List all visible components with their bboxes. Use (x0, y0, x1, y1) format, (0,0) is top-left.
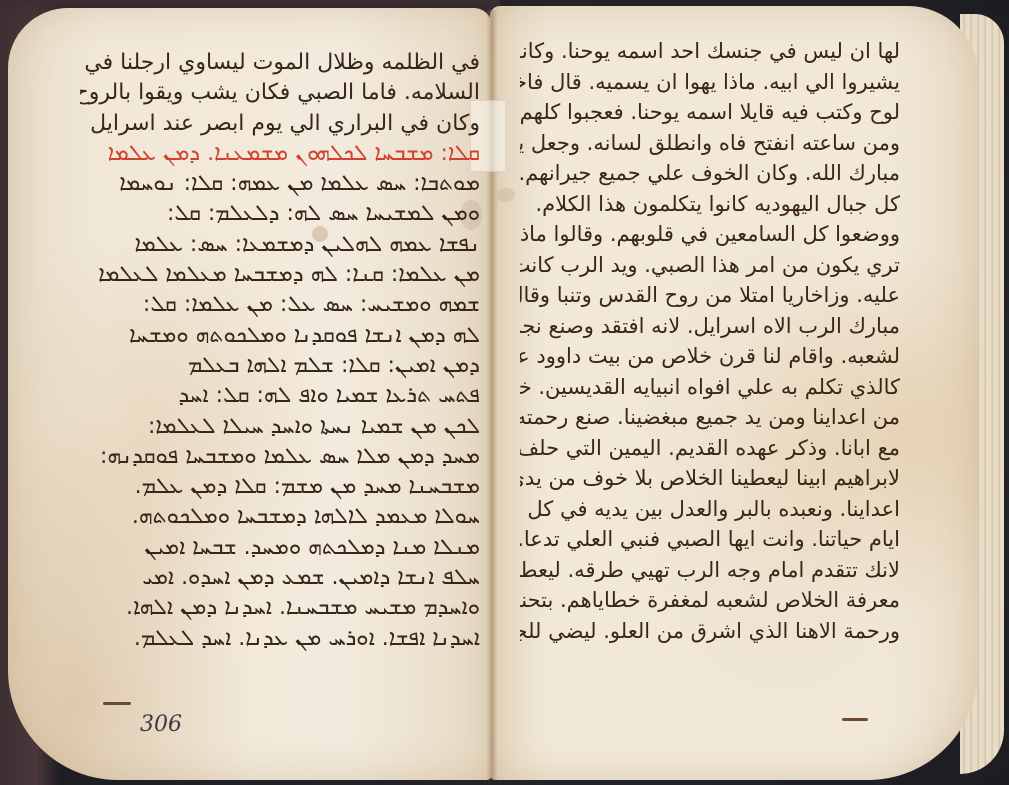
text-line: ܢܦܫܐ ܥܡܗ ܠܗܠܝܢ ܕܡܫܡܥܐ: ܚܣ: ܥܠܡܐ (80, 230, 480, 260)
text-line: عليه. وزاخاريا امتلا من روح القدس وتنبا … (520, 280, 900, 311)
text-line: ܐܚܕܢܐ ܐܦܫܐ. ܐܘܪܚ ܡܢ ܥܕܢܐ. ܐܚܕ ܠܥܠܡ. (80, 624, 480, 654)
text-line: السلامه. فاما الصبي فكان يشب ويقوا بالرو… (80, 78, 480, 108)
left-page-text: في الظلمه وظلال الموت ليساوي ارجلنا في ط… (80, 48, 480, 654)
text-line: لانك تتقدم امام وجه الرب تهيي طرقه. ليعط… (520, 555, 900, 586)
text-line: لوح وكتب فيه قايلا اسمه يوحنا. فعجبوا كل… (520, 97, 900, 128)
text-line: ܘܡܢ ܠܡܫܝܚܐ ܚܣ ܠܗ: ܕܠܥܠܡ: ܩܠ: (80, 199, 480, 229)
text-line: يشيروا الي ابيه. ماذا يهوا ان يسميه. قال… (520, 67, 900, 98)
right-page-text: لها ان ليس في جنسك احد اسمه يوحنا. وكانو… (520, 36, 900, 646)
folio-number: 306 (140, 712, 182, 737)
text-line: كل جبال اليهوديه كانوا يتكلمون هذا الكلا… (520, 189, 900, 220)
text-line: معرفة الخلاص لشعبه لمغفرة خطاياهم. بتحنن (520, 585, 900, 616)
text-line: ووضعوا كل السامعين في قلوبهم. وقالوا ماذ… (520, 219, 900, 250)
text-line: لشعبه. واقام لنا قرن خلاص من بيت داوود ع… (520, 341, 900, 372)
text-line: ܕܡܢ ܐܡܝܢ: ܩܠܐ: ܫܠܡ ܐܠܗܐ ܒܥܠܡ (80, 351, 480, 381)
text-line: في الظلمه وظلال الموت ليساوي ارجلنا في ط… (80, 48, 480, 78)
text-line: اعداينا. ونعبده بالبر والعدل بين يديه في… (520, 494, 900, 525)
text-line: ܡܢܠܐ ܡܢܐ ܕܡܠܟܬܗ ܘܡܚܕ. ܫܒܚܐ ܐܡܝܢ (80, 533, 480, 563)
text-line: ومن ساعته انفتح فاه وانطلق لسانه. وجعل ي… (520, 128, 900, 159)
text-line: ايام حياتنا. وانت ايها الصبي فنبي العلي … (520, 524, 900, 555)
text-line: ܫܡܗ ܘܡܫܝܚ: ܚܣ ܥܠ: ܡܢ ܥܠܡܐ: ܩܠ: (80, 290, 480, 320)
text-line: ܡܫܒܚܢܐ ܡܚܕ ܡܢ ܡܫܡ: ܩܠܐ ܕܡܢ ܥܠܡ. (80, 472, 480, 502)
text-line: تري يكون من امر هذا الصبي. ويد الرب كانت (520, 250, 900, 281)
text-line: من اعداينا ومن يد جميع مبغضينا. صنع رحمت… (520, 402, 900, 433)
text-line: ܠܟܢ ܡܢ ܫܡܝܐ ܢܚܬܐ ܘܐܚܕ ܚܝܠܐ ܠܥܠܡܐ: (80, 412, 480, 442)
text-line: ܘܐܚܕܡ ܡܫܝܚ ܡܫܒܚܢܐ. ܐܚܕܢܐ ܕܡܢ ܐܠܗܐ. (80, 593, 480, 623)
text-line: مع ابانا. وذكر عهده القديم. اليمين التي … (520, 433, 900, 464)
ink-stain (497, 188, 515, 202)
text-line: ورحمة الاهنا الذي اشرق من العلو. ليضي لل… (520, 616, 900, 647)
text-line: ܠܗ ܕܡܢ ܐܢܫܐ ܦܘܩܕܢܐ ܘܡܠܟܘܬܗ ܘܡܫܚܐ (80, 321, 480, 351)
text-line: ܡܚܕ ܕܡܢ ܡܠܐ ܚܣ ܥܠܡܐ ܘܡܫܒܚܐ ܦܘܩܕܢܗ: (80, 442, 480, 472)
pen-mark (842, 718, 868, 721)
text-line: وكان في البراري الي يوم ابصر عند اسرايل (80, 109, 480, 139)
text-line: ܡܢ ܥܠܡܐ: ܩܢܐ: ܠܗ ܕܡܫܒܚܐ ܡܥܠܡܐ ܠܥܠܡܐ (80, 260, 480, 290)
text-line: لابراهيم ابينا ليعطينا الخلاص بلا خوف من… (520, 463, 900, 494)
text-line: ܦܬܚ ܬܪܥܐ ܫܡܝܐ ܘܐܦ ܠܗ: ܩܠ: ܐܚܕ (80, 381, 480, 411)
text-line: ܚܠܦ ܐܢܫܐ ܕܐܡܝܢ. ܫܡܥ ܕܡܢ ܐܚܕܘ. ܐܡܝ (80, 563, 480, 593)
text-line: ܡܘܬܒܐ: ܚܣ ܥܠܡܐ ܡܢ ܥܡܗ: ܩܠܐ: ܢܘܚܡܐ (80, 169, 480, 199)
text-line: كالذي تكلم به علي افواه انبيايه القديسين… (520, 372, 900, 403)
pen-mark (103, 702, 131, 705)
text-line: ܚܘܠܐ ܡܥܡܕ ܠܐܠܗܐ ܕܡܫܒܚܐ ܘܡܠܟܘܬܗ. (80, 502, 480, 532)
text-line: مبارك الرب الاه اسرايل. لانه افتقد وصنع … (520, 311, 900, 342)
text-line: لها ان ليس في جنسك احد اسمه يوحنا. وكانو… (520, 36, 900, 67)
text-line: مبارك الله. وكان الخوف علي جميع جيرانهم.… (520, 158, 900, 189)
rubric-line: ܩܠܐ: ܡܫܒܚܐ ܠܟܠܗܘܢ ܡܫܡܥܢܐ. ܕܡܢ ܥܠܡܐ (80, 139, 480, 169)
